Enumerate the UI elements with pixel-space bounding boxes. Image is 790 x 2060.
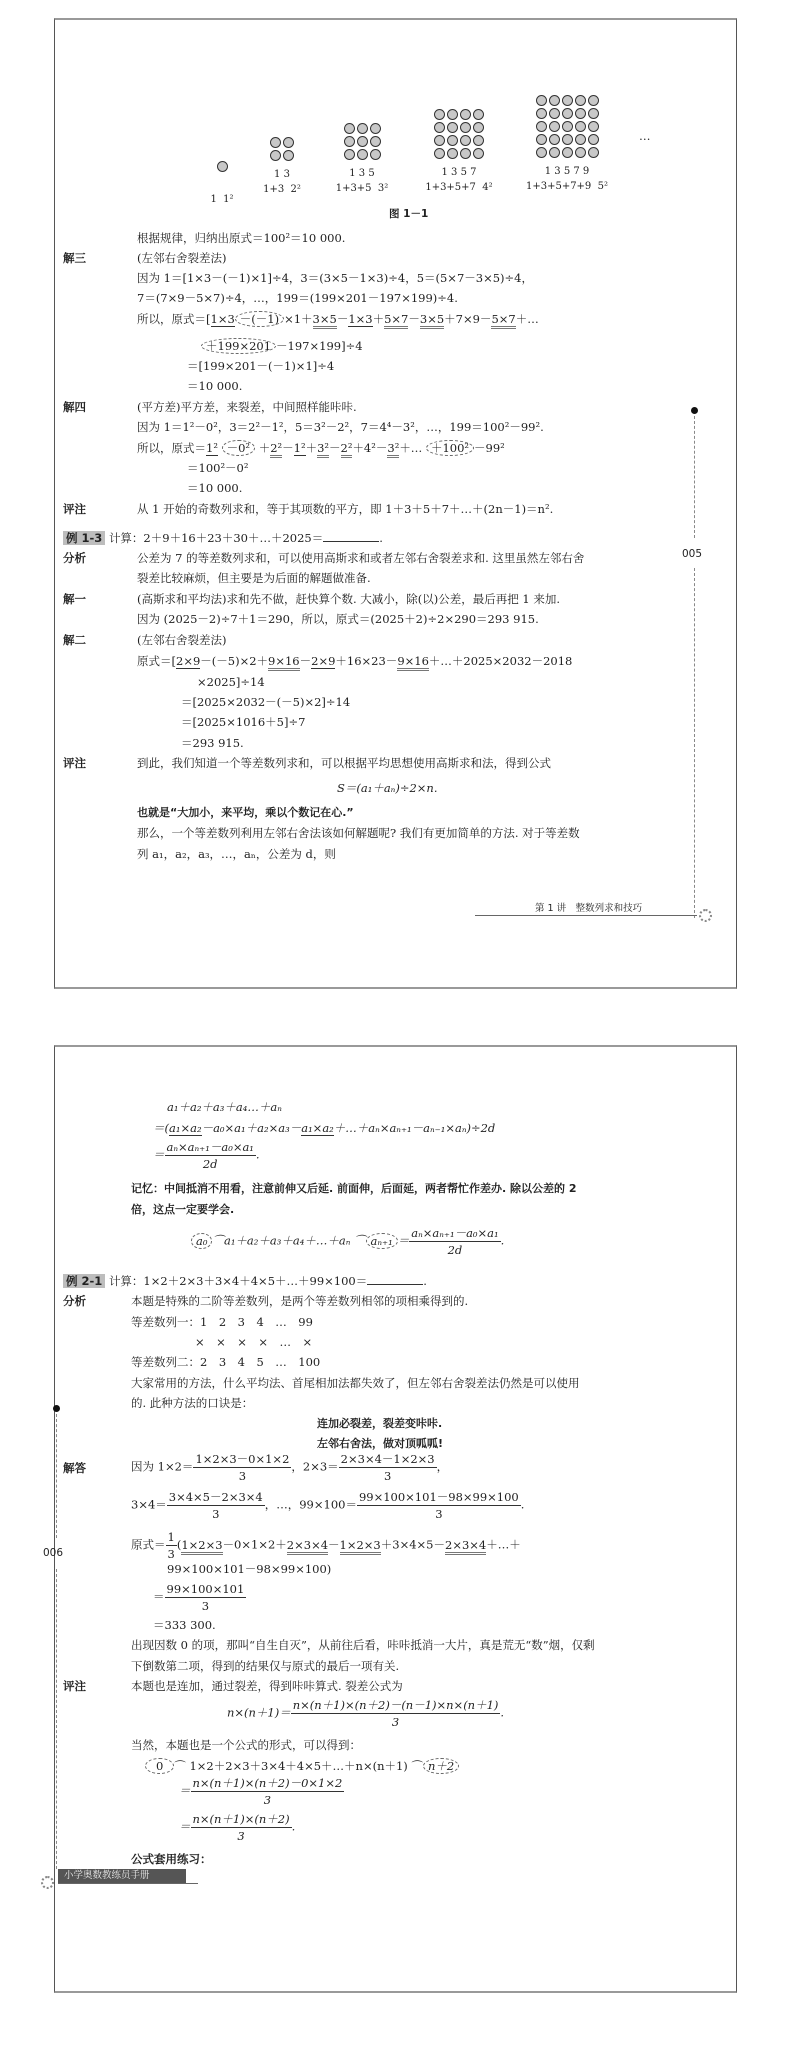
page-005: 1 1² 1 3 1+3 2² 1 3 5 1+3+5 3² 1 3 5 7 1… bbox=[54, 18, 737, 989]
figure-item-5: 1 3 5 7 9 1+3+5+7+9 5² bbox=[517, 94, 617, 193]
extend-oval: 0 bbox=[145, 1758, 174, 1774]
answer-line6: ＝333 300. bbox=[153, 1617, 216, 1633]
margin-dot-icon bbox=[691, 407, 698, 414]
sol1-line2: 因为 (2025－2)÷7＋1＝290，所以，原式＝(2025＋2)÷2×290… bbox=[137, 611, 539, 627]
analysis-line2: 大家常用的方法，什么平均法、首尾相加法都失效了，但左邻右舍裂差法仍然是可以使用 bbox=[131, 1375, 580, 1391]
answer-blank bbox=[367, 1284, 423, 1285]
sol3-line3: 所以，原式＝[1×3－(－1)×1＋3×5－1×3＋5×7－3×5＋7×9－5×… bbox=[137, 311, 539, 327]
label-note: 评注 bbox=[63, 1678, 86, 1694]
sol3-line6: ＝10 000. bbox=[187, 378, 242, 394]
arrow-icon: ⌒ bbox=[174, 1759, 186, 1773]
figure-item-4: 1 3 5 7 1+3+5+7 4² bbox=[417, 108, 501, 194]
label-analysis: 分析 bbox=[63, 550, 86, 566]
formula-line4: a₀⌒a₁＋a₂＋a₃＋a₄＋…＋aₙ ⌒aₙ₊₁＝aₙ×aₙ₊₁－a₀×a₁2… bbox=[191, 1225, 504, 1258]
note2-line1: 到此，我们知道一个等差数列求和，可以根据平均思想使用高斯求和法，得到公式 bbox=[137, 755, 551, 771]
analysis-line1: 本题是特殊的二阶等差数列，是两个等差数列相邻的项相乘得到的. bbox=[131, 1293, 468, 1309]
label-sol1: 解一 bbox=[63, 591, 86, 607]
answer-line2: 3×4＝3×4×5－2×3×43，…，99×100＝99×100×101－98×… bbox=[131, 1489, 524, 1522]
answer-line7: 出现因数 0 的项，那叫“自生自灭”，从前往后看，咔咔抵消一大片，真是荒无“数”… bbox=[131, 1637, 595, 1653]
formula-line2: ＝(a₁×a₂－a₀×a₁＋a₂×a₃－a₁×a₂＋…＋aₙ×aₙ₊₁－aₙ₋₁… bbox=[153, 1120, 495, 1136]
answer-line3: 原式＝13(1×2×3－0×1×2＋2×3×4－1×2×3＋3×4×5－2×3×… bbox=[131, 1529, 521, 1562]
arrow-icon: ⌒ bbox=[354, 1234, 366, 1248]
analysis-line2: 裂差比较麻烦，但主要是为后面的解题做准备. bbox=[137, 570, 371, 586]
margin-dashed-line bbox=[56, 1414, 57, 1538]
figure-ellipsis: … bbox=[639, 128, 651, 144]
extend-oval: aₙ₊₁ bbox=[366, 1233, 398, 1249]
cancel-oval: －(－1) bbox=[235, 311, 284, 327]
general-result2: ＝n×(n＋1)×(n＋2)3. bbox=[179, 1811, 295, 1844]
page-006: a₁＋a₂＋a₃＋a₄…＋aₙ ＝(a₁×a₂－a₀×a₁＋a₂×a₃－a₁×a… bbox=[54, 1045, 737, 1993]
sol4-line1: 因为 1＝1²－0²，3＝2²－1²，5＝3²－2²，7＝4⁴－3²，…，199… bbox=[137, 419, 544, 435]
extend-oval: a₀ bbox=[191, 1233, 212, 1249]
book-footer: 小学奥数教练员手册 bbox=[58, 1869, 186, 1883]
sol3-line1: 因为 1＝[1×3－(－1)×1]÷4，3＝(3×5－1×3)÷4，5＝(5×7… bbox=[137, 270, 533, 286]
sol3-title: (左邻右舍裂差法) bbox=[137, 250, 226, 266]
dot-grid-3 bbox=[343, 122, 382, 161]
margin-dashed-line bbox=[694, 568, 695, 918]
split-formula: n×(n＋1)＝n×(n＋1)×(n＋2)－(n－1)×n×(n＋1)3. bbox=[227, 1697, 504, 1730]
sol2-line4: ＝[2025×1016＋5]÷7 bbox=[181, 714, 305, 730]
dot-grid-2 bbox=[269, 136, 295, 162]
dot-grid-4 bbox=[433, 108, 485, 160]
answer-line1: 因为 1×2＝1×2×3－0×1×23，2×3＝2×3×4－1×2×33， bbox=[131, 1451, 448, 1484]
sol3-line2: 7＝(7×9－5×7)÷4，…，199＝(199×201－197×199)÷4. bbox=[137, 290, 458, 306]
answer-line4: 99×100×101－98×99×100) bbox=[167, 1561, 331, 1577]
page-number: 005 bbox=[682, 548, 702, 560]
sol4-line4: ＝10 000. bbox=[187, 480, 242, 496]
memory-line2: 倍，这点一定要学会. bbox=[131, 1202, 234, 1218]
example-2-1: 例 2-1 计算：1×2＋2×3＋3×4＋4×5＋…＋99×100＝. bbox=[63, 1273, 427, 1289]
note1-text: 从 1 开始的奇数列求和，等于其项数的平方，即 1＋3＋5＋7＋…＋(2n－1)… bbox=[137, 501, 553, 517]
memory-line1: 记忆：中间抵消不用看，注意前伸又后延. 前面伸，后面延，两者帮忙作差办. 除以公… bbox=[131, 1181, 577, 1197]
answer-line5: ＝99×100×1013 bbox=[153, 1581, 246, 1614]
note-line2: 当然，本题也是一个公式的形式，可以得到： bbox=[131, 1737, 361, 1753]
sequence-2: 等差数列二：2 3 4 5 … 100 bbox=[131, 1354, 320, 1370]
margin-dot-icon bbox=[53, 1405, 60, 1412]
answer-blank bbox=[323, 541, 379, 542]
analysis-line3: 的. 此种方法的口诀是： bbox=[131, 1395, 253, 1411]
rhyme-line2: 左邻右舍法，做对顶呱呱! bbox=[317, 1436, 443, 1452]
margin-dashed-line bbox=[56, 1569, 57, 1869]
label-analysis: 分析 bbox=[63, 1293, 86, 1309]
label-note2: 评注 bbox=[63, 755, 86, 771]
label-note1: 评注 bbox=[63, 501, 86, 517]
figure-item-2: 1 3 1+3 2² bbox=[257, 136, 307, 196]
sol4-line3: ＝100²－0² bbox=[187, 460, 249, 476]
sequence-times: × × × × … × bbox=[195, 1334, 312, 1350]
analysis-line1: 公差为 7 的等差数列求和，可以使用高斯求和或者左邻右舍裂差求和. 这里虽然左邻… bbox=[137, 550, 584, 566]
ring-icon bbox=[41, 1876, 54, 1889]
cancel-oval: －0² bbox=[222, 440, 255, 456]
example-tag: 例 2-1 bbox=[63, 1274, 105, 1288]
figure-item-3: 1 3 5 1+3+5 3² bbox=[327, 122, 397, 195]
general-result1: ＝n×(n＋1)×(n＋2)－0×1×23 bbox=[179, 1775, 344, 1808]
sol2-line3: ＝[2025×2032－(－5)×2]÷14 bbox=[181, 694, 350, 710]
label-sol3: 解三 bbox=[63, 250, 86, 266]
sequence-1: 等差数列一：1 2 3 4 … 99 bbox=[131, 1314, 313, 1330]
example-tag: 例 1-3 bbox=[63, 531, 105, 545]
example-1-3: 例 1-3 计算：2＋9＋16＋23＋30＋…＋2025＝. bbox=[63, 530, 383, 546]
page-number: 006 bbox=[43, 1547, 63, 1559]
arrow-icon: ⌒ bbox=[212, 1234, 224, 1248]
arrow-icon: ⌒ bbox=[411, 1759, 423, 1773]
dot-grid-5 bbox=[535, 94, 600, 159]
sol3-line5: ＝[199×201－(－1)×1]÷4 bbox=[187, 358, 334, 374]
sol4-line2: 所以，原式＝1² －0² ＋2²－1²＋3²－2²＋4²－3²＋… ＋100²－… bbox=[137, 440, 505, 456]
note2-line3: 那么，一个等差数列利用左邻右舍法该如何解题呢? 我们有更加简单的方法. 对于等差… bbox=[137, 825, 580, 841]
note2-line2: 也就是“大加小，来平均，乘以个数记在心.” bbox=[137, 805, 354, 821]
note-line1: 本题也是连加，通过裂差，得到咔咔算式. 裂差公式为 bbox=[131, 1678, 403, 1694]
footer-rule bbox=[58, 1883, 198, 1884]
figure-caption: 图 1－1 bbox=[389, 206, 428, 221]
general-formula: 0⌒ 1×2＋2×3＋3×4＋4×5＋…＋n×(n＋1) ⌒n＋2 bbox=[145, 1758, 459, 1774]
sol4-title: (平方差)平方差，来裂差，中间照样能咔咔. bbox=[137, 399, 357, 415]
sol2-line1: 原式＝[2×9－(－5)×2＋9×16－2×9＋16×23－9×16＋…＋202… bbox=[137, 653, 572, 669]
figure-item-1: 1 1² bbox=[207, 158, 237, 206]
label-sol4: 解四 bbox=[63, 399, 86, 415]
cancel-oval: ＋100² bbox=[426, 440, 474, 456]
chapter-footer: 第 1 讲 整数列求和技巧 bbox=[535, 900, 642, 914]
sol2-line5: ＝293 915. bbox=[181, 735, 244, 751]
footer-rule bbox=[475, 915, 697, 916]
sol3-line4: ＋199×201－197×199]÷4 bbox=[201, 338, 363, 354]
label-sol2: 解二 bbox=[63, 632, 86, 648]
answer-line8: 下倒数第二项，得到的结果仅与原式的最后一项有关. bbox=[131, 1658, 399, 1674]
induce-line: 根据规律，归纳出原式＝100²＝10 000. bbox=[137, 230, 345, 246]
sol2-line2: ×2025]÷14 bbox=[197, 674, 265, 690]
practice-heading: 公式套用练习： bbox=[131, 1851, 212, 1867]
formula-line3: ＝aₙ×aₙ₊₁－a₀×a₁2d. bbox=[153, 1139, 260, 1172]
sol1-line1: (高斯求和平均法)求和先不做，赶快算个数. 大减小，除(以)公差，最后再把 1 … bbox=[137, 591, 560, 607]
cancel-oval: ＋199×201 bbox=[201, 338, 276, 354]
note2-formula: S＝(a₁＋aₙ)÷2×n. bbox=[337, 780, 437, 796]
rhyme-line1: 连加必裂差，裂差变咔咔. bbox=[317, 1416, 442, 1432]
formula-line1: a₁＋a₂＋a₃＋a₄…＋aₙ bbox=[167, 1099, 282, 1115]
label-answer: 解答 bbox=[63, 1460, 86, 1476]
note2-line4: 列 a₁，a₂，a₃，…，aₙ，公差为 d，则 bbox=[137, 846, 336, 862]
ring-icon bbox=[699, 909, 712, 922]
extend-oval: n＋2 bbox=[423, 1758, 459, 1774]
sol2-title: (左邻右舍裂差法) bbox=[137, 632, 226, 648]
margin-dashed-line bbox=[694, 416, 695, 538]
dot-grid-1 bbox=[216, 160, 229, 173]
